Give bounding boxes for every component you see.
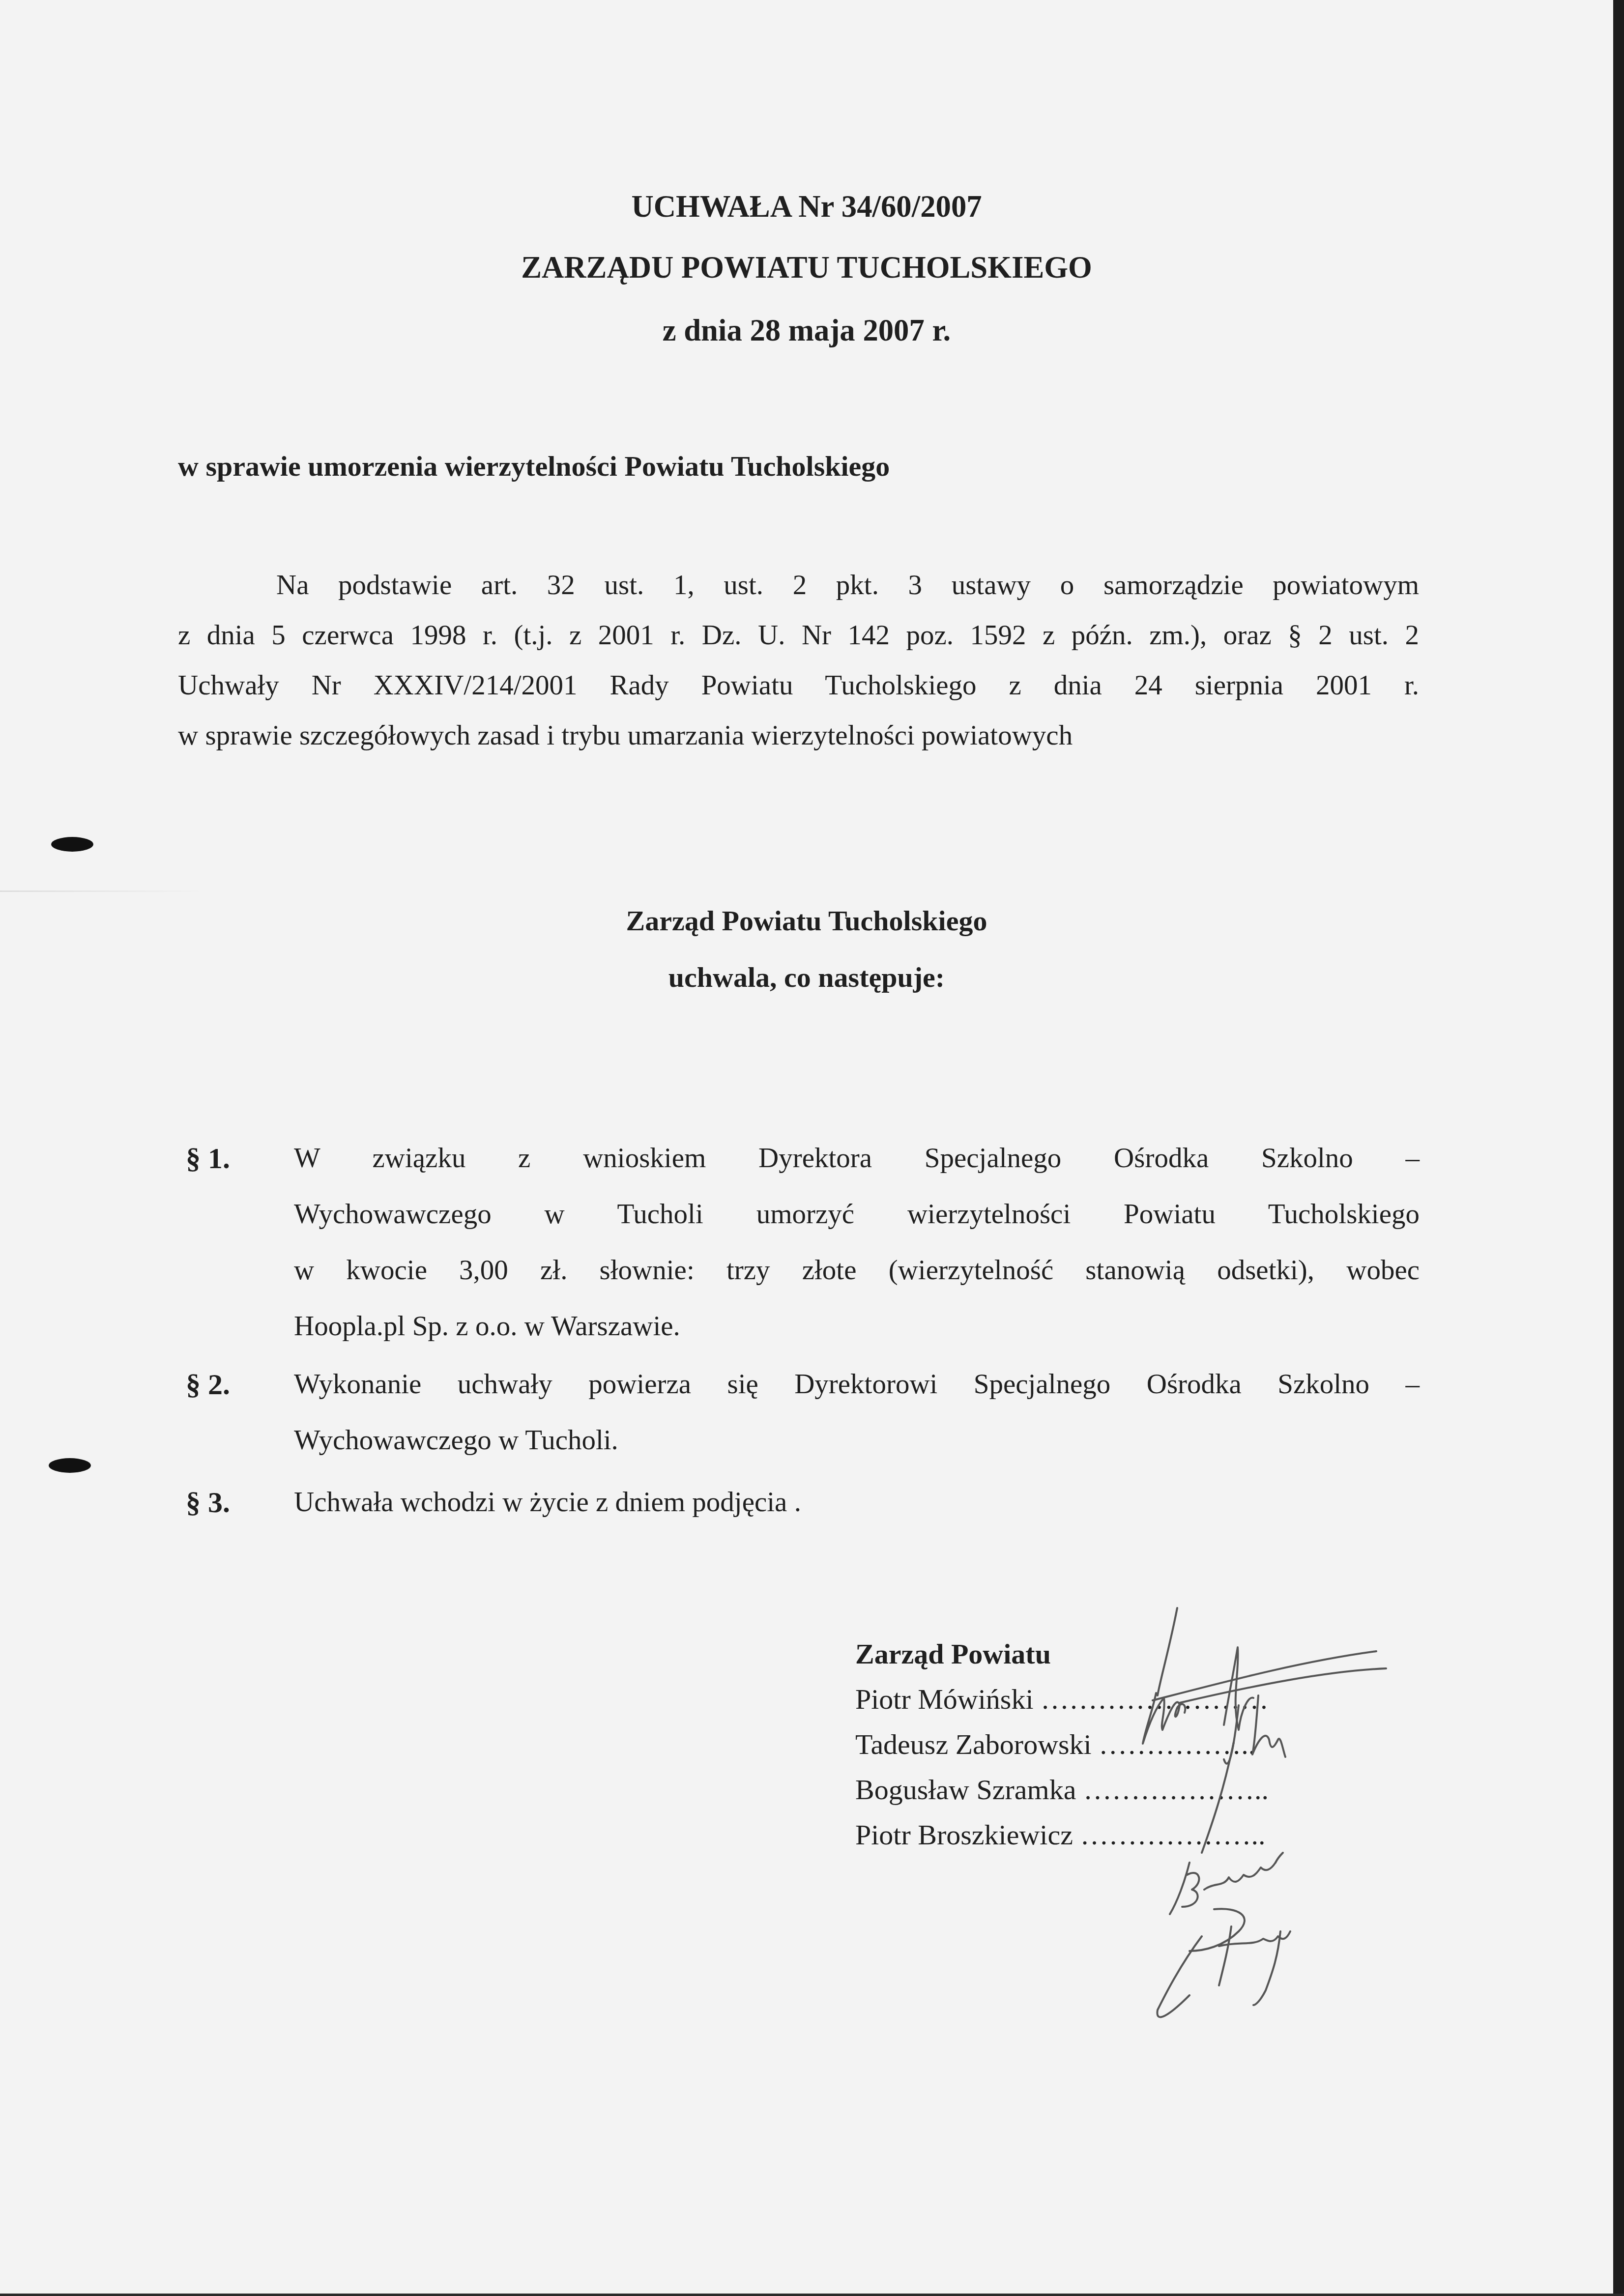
paragraph-line: Wykonanie uchwały powierza się Dyrektoro… — [294, 1356, 1420, 1412]
punch-hole-icon — [49, 1458, 91, 1473]
paragraph-line: Wychowawczego w Tucholi. — [294, 1412, 1420, 1468]
signatory-name: Piotr Mówiński — [855, 1683, 1034, 1715]
enacting-body: Zarząd Powiatu Tucholskiego — [0, 907, 1613, 935]
signatory-row: Piotr Broszkiewicz ……………….. — [855, 1812, 1396, 1858]
paragraph-number: § 2. — [186, 1356, 230, 1412]
signature-line: ……………….. — [1080, 1819, 1265, 1851]
issuing-body: ZARZĄDU POWIATU TUCHOLSKIEGO — [16, 252, 1597, 283]
signature-heading: Zarząd Powiatu — [855, 1632, 1396, 1677]
legal-basis-line: w sprawie szczegółowych zasad i trybu um… — [178, 711, 1419, 761]
signatory-row: Bogusław Szramka ……………….. — [855, 1767, 1396, 1812]
resolution-date: z dnia 28 maja 2007 r. — [16, 315, 1597, 346]
paragraph-number: § 1. — [186, 1130, 230, 1186]
signature-line: …………………… — [1041, 1683, 1269, 1715]
signatory-name: Bogusław Szramka — [855, 1774, 1076, 1806]
paper-fold-mark — [0, 890, 206, 892]
paragraph-line: Hoopla.pl Sp. z o.o. w Warszawie. — [294, 1298, 1420, 1354]
signatory-name: Tadeusz Zaborowski — [855, 1728, 1092, 1760]
paragraph-line: w kwocie 3,00 zł. słownie: trzy złote (w… — [294, 1242, 1420, 1298]
signatory-row: Tadeusz Zaborowski …………….. — [855, 1722, 1396, 1767]
signature-block: Zarząd Powiatu Piotr Mówiński …………………… T… — [855, 1632, 1396, 1858]
legal-basis-line: Uchwały Nr XXXIV/214/2001 Rady Powiatu T… — [178, 660, 1419, 711]
resolution-subject: w sprawie umorzenia wierzytelności Powia… — [178, 452, 890, 481]
legal-basis-line: z dnia 5 czerwca 1998 r. (t.j. z 2001 r.… — [178, 610, 1419, 660]
enacting-clause: uchwala, co następuje: — [0, 963, 1613, 992]
paragraph-number: § 3. — [186, 1474, 230, 1530]
paragraph-line: Wychowawczego w Tucholi umorzyć wierzyte… — [294, 1186, 1420, 1242]
signatory-row: Piotr Mówiński …………………… — [855, 1677, 1396, 1722]
legal-basis-line: Na podstawie art. 32 ust. 1, ust. 2 pkt.… — [276, 570, 1419, 601]
resolution-number: UCHWAŁA Nr 34/60/2007 — [16, 191, 1597, 222]
punch-hole-icon — [51, 837, 93, 852]
signature-line: ……………….. — [1083, 1774, 1269, 1806]
paragraph-line: Uchwała wchodzi w życie z dniem podjęcia… — [294, 1474, 1420, 1530]
signature-line: …………….. — [1099, 1728, 1255, 1760]
legal-basis: Na podstawie art. 32 ust. 1, ust. 2 pkt.… — [178, 560, 1419, 761]
paragraph-line: W związku z wnioskiem Dyrektora Specjaln… — [294, 1130, 1420, 1186]
scan-border-right — [1613, 0, 1624, 2296]
scan-border-bottom — [0, 2294, 1624, 2296]
signatory-name: Piotr Broszkiewicz — [855, 1819, 1073, 1851]
